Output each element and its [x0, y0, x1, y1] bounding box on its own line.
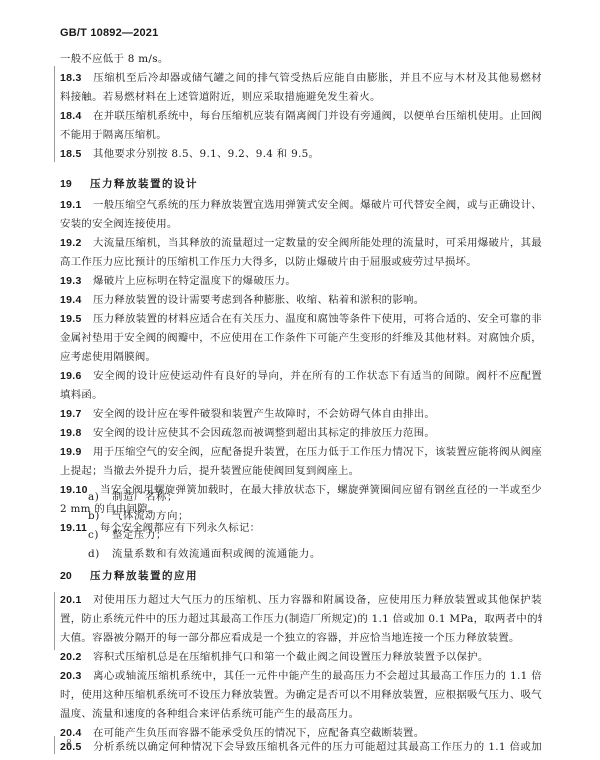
clause-text: 压力释放装置的设计需要考虑到各种膨胀、收缩、粘着和淤积的影响。 [93, 294, 424, 306]
list-label: d) [88, 545, 112, 564]
change-bar [54, 736, 55, 754]
clause-18-4-line-2: 不能用于隔离压缩机。 [60, 126, 542, 145]
clause-18-4-line-1: 18.4在并联压缩机系统中，每台压缩机应装有隔离阀门并设有旁通阀，以便单台压缩机… [60, 107, 542, 126]
clause-19-5-line-3: 应考虑使用隔膜阀。 [60, 348, 542, 367]
clause-number: 20.3 [60, 667, 93, 686]
clause-18-3-line-1: 18.3压缩机至后冷却器或储气罐之间的排气管受热后应能自由膨胀，并且不应与木材及… [60, 69, 542, 88]
clause-20-2: 20.2容积式压缩机总是在压缩机排气口和第一个截止阀之间设置压力释放装置予以保护… [60, 648, 542, 667]
clause-20-1-line-1: 20.1对使用压力超过大气压力的压缩机、压力容器和附属设备，应使用压力释放装置或… [60, 591, 542, 610]
clause-number: 19.6 [60, 367, 93, 386]
clause-number: 19.2 [60, 234, 93, 253]
clause-19-9-line-1: 19.9用于压缩空气的安全阀，应配备提升装置，在压力低于工作压力情况下，该装置应… [60, 443, 542, 462]
clause-19-7: 19.7安全阀的设计应在零件破裂和装置产生故障时，不会妨碍气体自由排出。 [60, 405, 542, 424]
paragraph-continuation: 一般不应低于 8 m/s。 [60, 50, 542, 69]
clause-20-3-line-1: 20.3离心或轴流压缩机系统中，其任一元件中能产生的最高压力不会超过其最高工作压… [60, 667, 542, 686]
section-20-heading: 20压力释放装置的应用 [60, 568, 198, 583]
clause-number: 19.5 [60, 310, 93, 329]
marking-item-b: b)气体流动方向； [88, 507, 189, 526]
list-text: 制造厂名称； [112, 491, 178, 503]
clause-20-3-line-3: 温度、流量和速度的各种组合来评估系统可能产生的最高压力。 [60, 705, 542, 724]
clause-text: 一般压缩空气系统的压力释放装置宜选用弹簧式安全阀。爆破片可代替安全阀，或与正确设… [93, 199, 542, 211]
clause-number: 18.3 [60, 69, 93, 88]
list-text: 整定压力； [112, 529, 167, 541]
clause-19-6-line-2: 填料函。 [60, 386, 542, 405]
list-label: c) [88, 526, 112, 545]
section-number: 19 [60, 178, 90, 190]
clause-19-1-line-2: 安装的安全阀连接使用。 [60, 215, 542, 234]
clause-text: 其他要求分别按 8.5、9.1、9.2、9.4 和 9.5。 [93, 148, 319, 160]
clause-number: 19.4 [60, 291, 93, 310]
clause-text: 在并联压缩机系统中，每台压缩机应装有隔离阀门并设有旁通阀，以便单台压缩机使用。止… [93, 110, 542, 122]
marking-item-c: c)整定压力； [88, 526, 167, 545]
clause-20-5-line-1: 20.5分析系统以确定何种情况下会导致压缩机各元件的压力可能超过其最高工作压力的… [60, 738, 542, 757]
list-text: 流量系数和有效流通面积或阀的流通能力。 [112, 548, 321, 560]
clause-19-6-line-1: 19.6安全阀的设计应使运动件有良好的导向，并在所有的工作状态下有适当的间隙。阀… [60, 367, 542, 386]
clause-number: 19.8 [60, 424, 93, 443]
marking-item-d: d)流量系数和有效流通面积或阀的流通能力。 [88, 545, 321, 564]
clause-20-1-line-3: 大值。容器被分隔开的每一部分都应看成是一个独立的容器，并应恰当地连接一个压力释放… [60, 629, 542, 648]
clause-20-1-line-2: 置，防止系统元件中的压力超过其最高工作压力(制造厂所规定)的 1.1 倍或加 0… [60, 610, 542, 629]
clause-text: 分析系统以确定何种情况下会导致压缩机各元件的压力可能超过其最高工作压力的 1.1… [93, 741, 542, 753]
clause-text: 压力释放装置的材料应适合在有关压力、温度和腐蚀等条件下使用，可将合适的、安全可靠… [93, 313, 542, 325]
clause-number: 19.3 [60, 272, 93, 291]
clause-text: 安全阀的设计应使运动件有良好的导向，并在所有的工作状态下有适当的间隙。阀杆不应配… [93, 370, 542, 382]
list-text: 气体流动方向； [112, 510, 189, 522]
clause-19-8: 19.8安全阀的设计应使其不会因疏忽而被调整到超出其标定的排放压力范围。 [60, 424, 542, 443]
clause-number: 19.1 [60, 196, 93, 215]
clause-text: 离心或轴流压缩机系统中，其任一元件中能产生的最高压力不会超过其最高工作压力的 1… [93, 670, 542, 682]
section-19-heading: 19压力释放装置的设计 [60, 176, 198, 191]
section-title: 压力释放装置的应用 [90, 570, 198, 582]
change-bar [54, 592, 55, 650]
page-number: 8 [66, 739, 72, 749]
clause-19-9-line-2: 上提起；当撤去外提升力后，提升装置应能使阀回复到阀座上。 [60, 462, 542, 481]
clause-19-1-line-1: 19.1一般压缩空气系统的压力释放装置宜选用弹簧式安全阀。爆破片可代替安全阀，或… [60, 196, 542, 215]
change-bar [54, 66, 55, 162]
clause-19-5-line-2: 金属衬垫用于安全阀的阀瓣中，不应使用在工作条件下可能产生变形的纤维及其他材料。对… [60, 329, 542, 348]
clause-19-5-line-1: 19.5压力释放装置的材料应适合在有关压力、温度和腐蚀等条件下使用，可将合适的、… [60, 310, 542, 329]
clause-number: 19.9 [60, 443, 93, 462]
marking-item-a: a)制造厂名称； [88, 488, 178, 507]
clause-number: 18.5 [60, 145, 93, 164]
clause-20-3-line-2: 时，使用这种压缩机系统可不设压力释放装置。为确定是否可以不用释放装置，应根据吸气… [60, 686, 542, 705]
clause-text: 安全阀的设计应在零件破裂和装置产生故障时，不会妨碍气体自由排出。 [93, 408, 435, 420]
clause-text: 大流量压缩机，当其释放的流量超过一定数量的安全阀所能处理的流量时，可采用爆破片，… [93, 237, 542, 249]
clause-number: 20.2 [60, 648, 93, 667]
clause-18-5-line-1: 18.5其他要求分别按 8.5、9.1、9.2、9.4 和 9.5。 [60, 145, 542, 164]
standard-id-header: GB/T 10892—2021 [60, 27, 158, 39]
list-label: b) [88, 507, 112, 526]
clause-text: 安全阀的设计应使其不会因疏忽而被调整到超出其标定的排放压力范围。 [93, 427, 435, 439]
clause-text: 压缩机至后冷却器或储气罐之间的排气管受热后应能自由膨胀，并且不应与木材及其他易燃… [93, 72, 542, 84]
clause-number: 20.5 [60, 738, 93, 757]
section-number: 20 [60, 570, 90, 582]
clause-text: 爆破片上应标明在特定温度下的爆破压力。 [93, 275, 296, 287]
section-title: 压力释放装置的设计 [90, 178, 198, 190]
clause-18-3-line-2: 料接触。若易燃材料在上述管道附近，则应采取措施避免发生着火。 [60, 88, 542, 107]
clause-19-4: 19.4压力释放装置的设计需要考虑到各种膨胀、收缩、粘着和淤积的影响。 [60, 291, 542, 310]
clause-text: 对使用压力超过大气压力的压缩机、压力容器和附属设备，应使用压力释放装置或其他保护… [93, 594, 542, 606]
clause-text: 用于压缩空气的安全阀，应配备提升装置，在压力低于工作压力情况下，该装置应能将阀从… [93, 446, 542, 458]
clause-19-2-line-2: 高工作压力应比预计的压缩机工作压力大得多，以防止爆破片由于屈服或疲劳过早损坏。 [60, 253, 542, 272]
clause-text: 容积式压缩机总是在压缩机排气口和第一个截止阀之间设置压力释放装置予以保护。 [93, 651, 489, 663]
clause-19-3: 19.3爆破片上应标明在特定温度下的爆破压力。 [60, 272, 542, 291]
clause-19-2-line-1: 19.2大流量压缩机，当其释放的流量超过一定数量的安全阀所能处理的流量时，可采用… [60, 234, 542, 253]
list-label: a) [88, 488, 112, 507]
clause-number: 19.7 [60, 405, 93, 424]
clause-number: 18.4 [60, 107, 93, 126]
clause-number: 20.1 [60, 591, 93, 610]
